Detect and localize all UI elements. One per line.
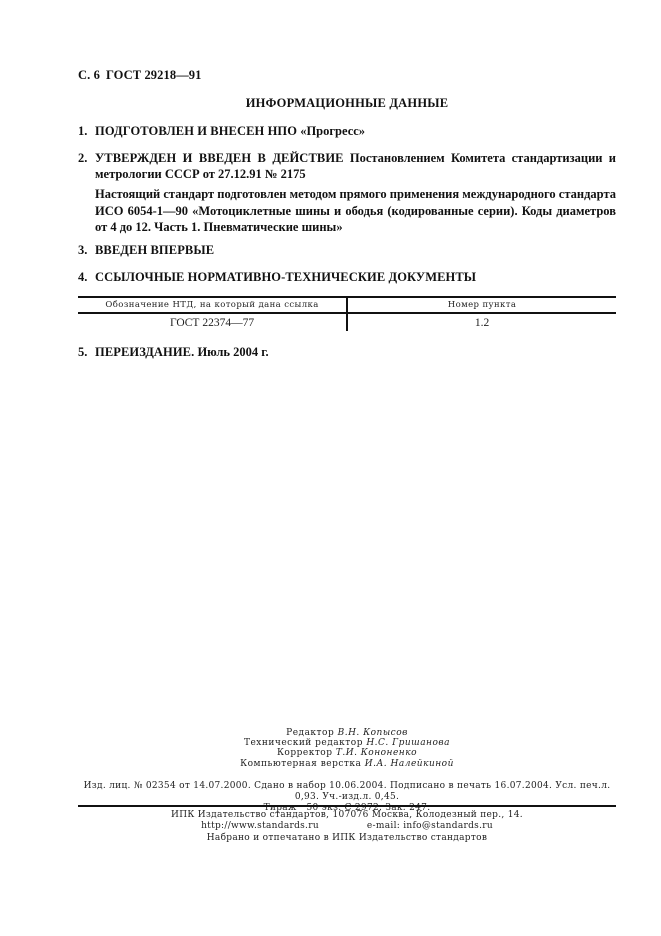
info-item-4: 4. ССЫЛОЧНЫЕ НОРМАТИВНО-ТЕХНИЧЕСКИЕ ДОКУ… (78, 269, 616, 285)
item-text: Июль 2004 г. (197, 345, 268, 359)
page-header: С. 6ГОСТ 29218—91 (78, 68, 202, 83)
email-link[interactable]: e-mail: info@standards.ru (367, 821, 493, 831)
item-number: 3. (78, 242, 95, 258)
item-number: 2. (78, 150, 95, 182)
credit-role: Редактор (286, 728, 334, 738)
credit-name: Т.И. Кононенко (336, 748, 417, 758)
table-row: ГОСТ 22374—77 1.2 (78, 313, 616, 331)
item-heading: ВВЕДЕН ВПЕРВЫЕ (95, 243, 214, 257)
credit-name: В.Н. Копысов (338, 728, 408, 738)
info-item-3: 3. ВВЕДЕН ВПЕРВЫЕ (78, 242, 616, 258)
credit-line: Компьютерная верстка И.А. Налейкиной (78, 759, 616, 769)
credit-role: Технический редактор (244, 738, 363, 748)
divider-rule (78, 805, 616, 807)
cell-document: ГОСТ 22374—77 (78, 313, 347, 331)
standard-designation: ГОСТ 29218—91 (106, 68, 202, 82)
column-header-document: Обозначение НТД, на который дана ссылка (78, 297, 347, 313)
standard-note: Настоящий стандарт подготовлен методом п… (95, 186, 616, 236)
item-heading: ССЫЛОЧНЫЕ НОРМАТИВНО-ТЕХНИЧЕСКИЕ ДОКУМЕН… (95, 270, 476, 284)
section-title: ИНФОРМАЦИОННЫЕ ДАННЫЕ (78, 96, 616, 111)
credit-role: Компьютерная верстка (240, 759, 361, 769)
info-item-5: 5. ПЕРЕИЗДАНИЕ. Июль 2004 г. (78, 344, 616, 360)
page-number: С. 6 (78, 68, 100, 82)
item-text: «Прогресс» (300, 124, 365, 138)
reference-documents-table: Обозначение НТД, на который дана ссылка … (78, 296, 616, 331)
credit-line: Технический редактор Н.С. Гришанова (78, 738, 616, 748)
item-heading: ПЕРЕИЗДАНИЕ. (95, 345, 194, 359)
info-item-1: 1. ПОДГОТОВЛЕН И ВНЕСЕН НПО «Прогресс» (78, 123, 616, 139)
cell-clause: 1.2 (347, 313, 616, 331)
credit-name: И.А. Налейкиной (365, 759, 454, 769)
info-item-2: 2. УТВЕРЖДЕН И ВВЕДЕН В ДЕЙСТВИЕ Постано… (78, 150, 616, 182)
item-number: 4. (78, 269, 95, 285)
credit-line: Редактор В.Н. Копысов (78, 728, 616, 738)
column-header-clause: Номер пункта (347, 297, 616, 313)
item-heading: УТВЕРЖДЕН И ВВЕДЕН В ДЕЙСТВИЕ (95, 151, 344, 165)
publisher-contacts: http://www.standards.rue-mail: info@stan… (78, 821, 616, 832)
item-number: 1. (78, 123, 95, 139)
credit-role: Корректор (277, 748, 333, 758)
publisher-address: ИПК Издательство стандартов, 107076 Моск… (78, 810, 616, 821)
publisher-info: ИПК Издательство стандартов, 107076 Моск… (78, 810, 616, 844)
website-link[interactable]: http://www.standards.ru (201, 821, 319, 831)
item-number: 5. (78, 344, 95, 360)
publisher-printed-by: Набрано и отпечатано в ИПК Издательство … (78, 833, 616, 844)
imprint-line-1: Изд. лиц. № 02354 от 14.07.2000. Сдано в… (78, 781, 616, 803)
item-heading: ПОДГОТОВЛЕН И ВНЕСЕН НПО (95, 124, 297, 138)
editorial-credits: Редактор В.Н. Копысов Технический редакт… (78, 728, 616, 769)
table-header-row: Обозначение НТД, на который дана ссылка … (78, 297, 616, 313)
credit-name: Н.С. Гришанова (366, 738, 450, 748)
credit-line: Корректор Т.И. Кононенко (78, 748, 616, 758)
